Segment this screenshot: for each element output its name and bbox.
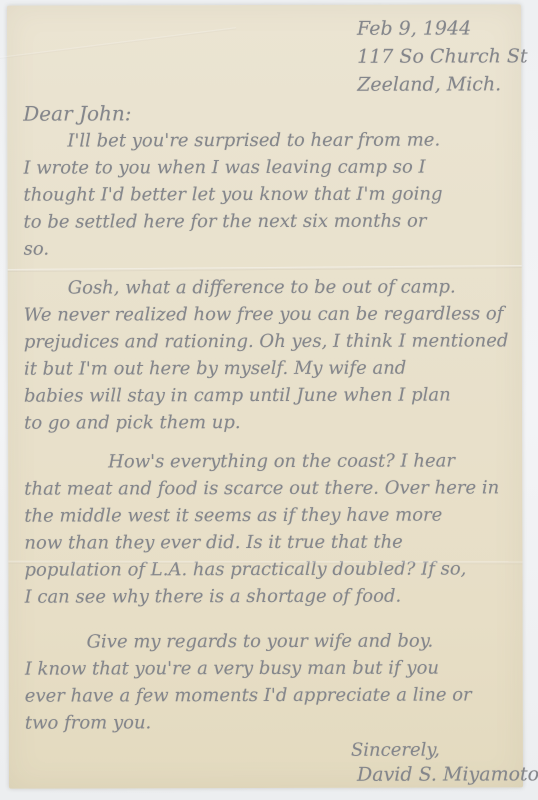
letter-paragraph: Gosh, what a difference to be out of cam… (24, 273, 510, 436)
letter-line: Gosh, what a difference to be out of cam… (24, 273, 510, 301)
letter-line: to be settled here for the next six mont… (24, 207, 510, 235)
letter-date: Feb 9, 1944 (357, 14, 509, 42)
letter-line: two from you. (25, 708, 511, 736)
letter-line: We never realized how free you can be re… (24, 300, 510, 328)
paper-crease-top (0, 27, 236, 61)
letter-header: Feb 9, 1944 117 So Church St Zeeland, Mi… (357, 14, 509, 98)
letter-line: Give my regards to your wife and boy. (25, 627, 511, 655)
letter-line: thought I'd better let you know that I'm… (23, 180, 509, 208)
letter-closing-block: Sincerely, David S. Miyamoto (351, 737, 511, 787)
letter-paragraph: Give my regards to your wife and boy. I … (25, 627, 511, 736)
letter-line: population of L.A. has practically doubl… (24, 555, 510, 583)
letter-line: the middle west it seems as if they have… (24, 501, 510, 529)
letter-line: I'll bet you're surprised to hear from m… (23, 126, 509, 154)
letter-paper: Feb 9, 1944 117 So Church St Zeeland, Mi… (7, 4, 523, 788)
scan-background: Feb 9, 1944 117 So Church St Zeeland, Mi… (0, 0, 538, 800)
letter-line: prejudices and rationing. Oh yes, I thin… (24, 327, 510, 355)
letter-line: babies will stay in camp until June when… (24, 381, 510, 409)
letter-line: now than they ever did. Is it true that … (24, 528, 510, 556)
letter-line: How's everything on the coast? I hear (24, 447, 510, 475)
letter-closing: Sincerely, (351, 737, 511, 762)
letter-salutation: Dear John: (23, 98, 509, 127)
letter-line: it but I'm out here by myself. My wife a… (24, 354, 510, 382)
letter-address-line: 117 So Church St (357, 42, 509, 70)
letter-signature: David S. Miyamoto (357, 762, 511, 787)
paper-fold-line-upper (8, 265, 522, 272)
letter-line: so. (24, 234, 510, 262)
letter-line: I wrote to you when I was leaving camp s… (23, 153, 509, 181)
letter-line: that meat and food is scarce out there. … (24, 474, 510, 502)
letter-line: to go and pick them up. (24, 408, 510, 436)
letter-address-line: Zeeland, Mich. (357, 70, 509, 98)
letter-paragraph: How's everything on the coast? I hear th… (24, 447, 510, 610)
letter-line: ever have a few moments I'd appreciate a… (25, 681, 511, 709)
letter-line: I know that you're a very busy man but i… (25, 654, 511, 682)
letter-line: I can see why there is a shortage of foo… (24, 582, 510, 610)
letter-paragraph: I'll bet you're surprised to hear from m… (23, 126, 509, 262)
